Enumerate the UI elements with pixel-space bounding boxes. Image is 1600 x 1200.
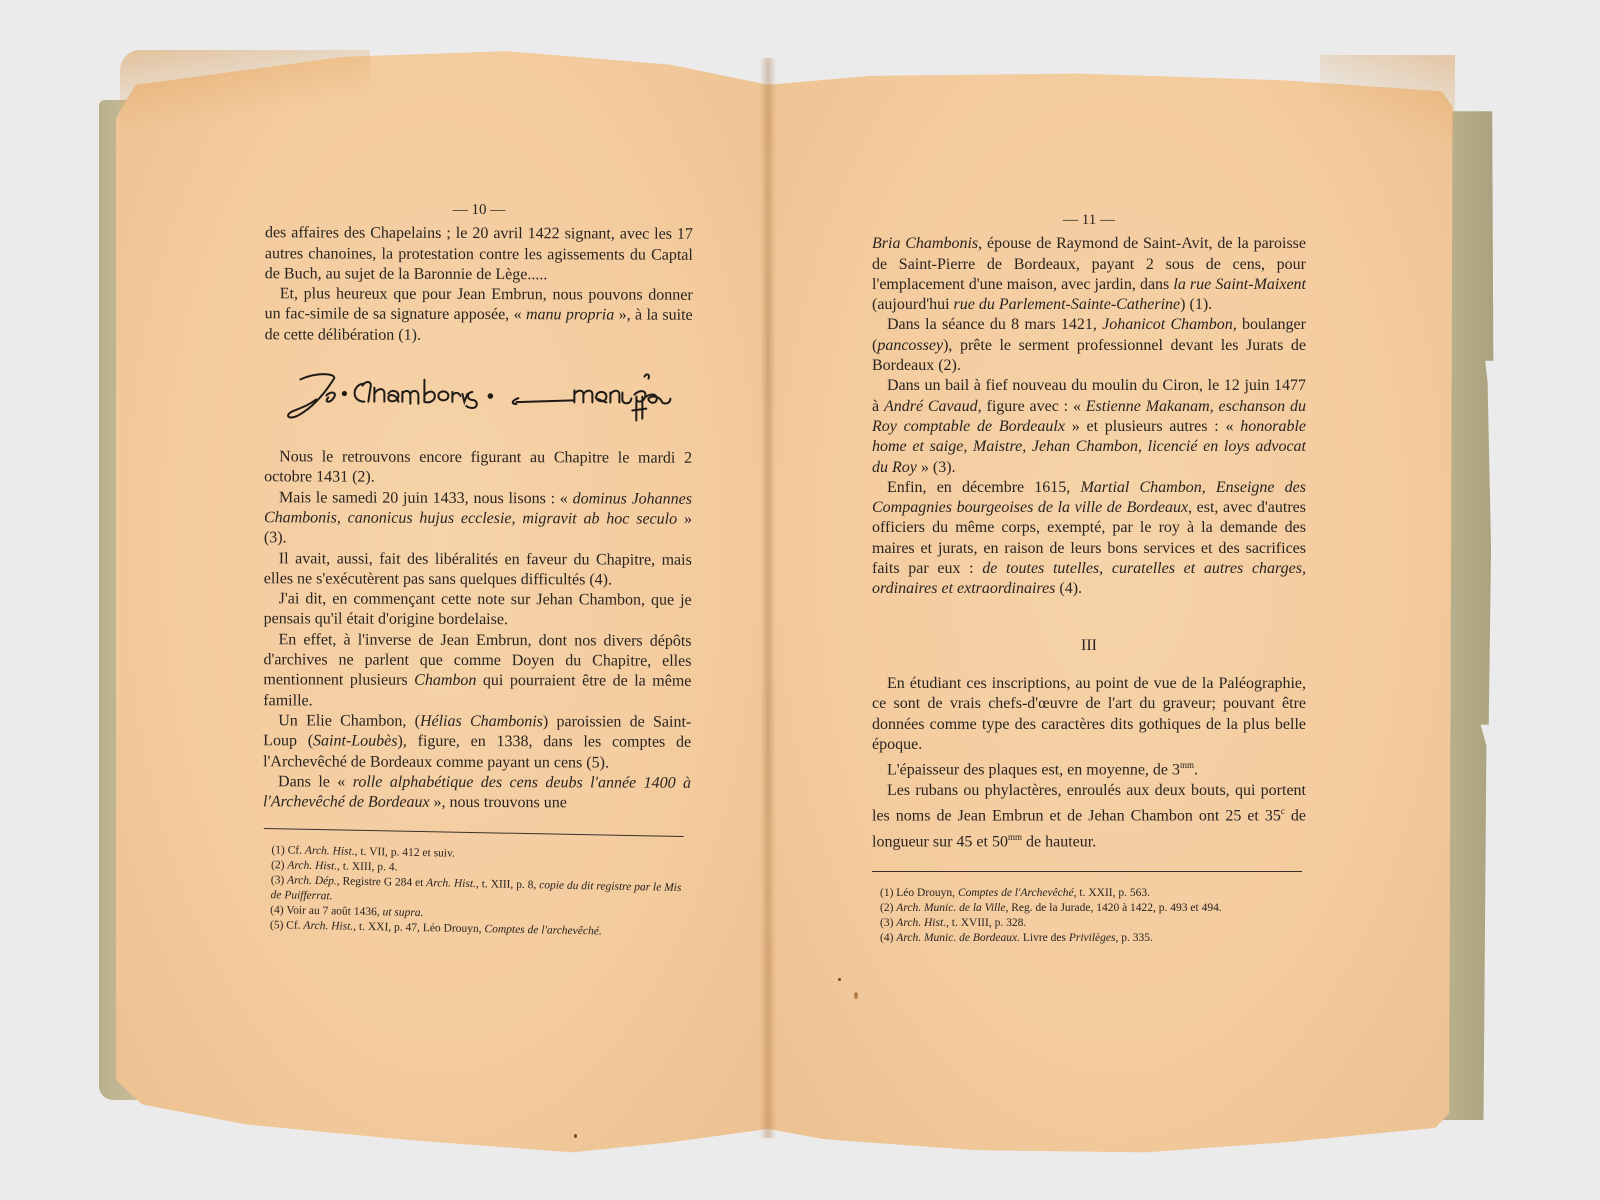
paper-stain	[1320, 55, 1455, 145]
paragraph: Les rubans ou phylactères, enroulés aux …	[872, 781, 1306, 853]
photo-scene: — 10 — des affaires des Chapelains ; le …	[0, 0, 1600, 1200]
footnote-divider	[264, 828, 684, 837]
footnote: (1) Léo Drouyn, Comptes de l'Archevêché,…	[872, 886, 1302, 901]
paragraph: Mais le samedi 20 juin 1433, nous lisons…	[264, 488, 692, 550]
paragraph: En effet, à l'inverse de Jean Embrun, do…	[263, 630, 691, 713]
paper-stain	[120, 50, 370, 130]
paragraph: L'épaisseur des plaques est, en moyenne,…	[872, 755, 1306, 781]
left-page-body: — 10 — des affaires des Chapelains ; le …	[263, 199, 693, 814]
paragraph: J'ai dit, en commençant cette note sur J…	[264, 589, 692, 631]
paragraph: Dans un bail à fief nouveau du moulin du…	[872, 376, 1306, 477]
paragraph: Enfin, en décembre 1615, Martial Chambon…	[872, 478, 1306, 600]
footnote-divider	[872, 871, 1302, 872]
book-gutter	[760, 58, 776, 1138]
paragraph: des affaires des Chapelains ; le 20 avri…	[265, 224, 693, 286]
foxing-spot	[854, 992, 858, 999]
foxing-spot	[838, 978, 841, 981]
footnote: (3) Arch. Hist., t. XVIII, p. 328.	[872, 916, 1302, 931]
footnote: (2) Arch. Munic. de la Ville, Reg. de la…	[872, 901, 1302, 916]
right-page-body: — 11 — Bria Chambonis, épouse de Raymond…	[872, 210, 1306, 852]
paragraph: Un Elie Chambon, (Hélias Chambonis) paro…	[263, 711, 691, 773]
handwritten-signature-icon	[278, 365, 678, 426]
left-footnotes: (1) Cf. Arch. Hist., t. VII, p. 412 et s…	[262, 818, 684, 941]
page-number: — 11 —	[872, 210, 1306, 230]
section-heading: III	[872, 636, 1306, 656]
page-number: — 10 —	[265, 199, 693, 221]
paragraph: Et, plus heureux que pour Jean Embrun, n…	[265, 284, 693, 346]
paragraph: Dans la séance du 8 mars 1421, Johanicot…	[872, 315, 1306, 376]
paragraph: Nous le retrouvons encore figurant au Ch…	[264, 447, 692, 489]
right-footnotes: (1) Léo Drouyn, Comptes de l'Archevêché,…	[872, 861, 1302, 946]
footnote: (4) Arch. Munic. de Bordeaux. Livre des …	[872, 931, 1302, 946]
paragraph: Dans le « rolle alphabétique des cens de…	[263, 772, 691, 814]
foxing-spot	[574, 1134, 577, 1138]
paragraph: Il avait, aussi, fait des libéralités en…	[264, 549, 692, 591]
paragraph: Bria Chambonis, épouse de Raymond de Sai…	[872, 234, 1306, 315]
signature-facsimile	[264, 359, 692, 432]
paragraph: En étudiant ces inscriptions, au point d…	[872, 674, 1306, 755]
